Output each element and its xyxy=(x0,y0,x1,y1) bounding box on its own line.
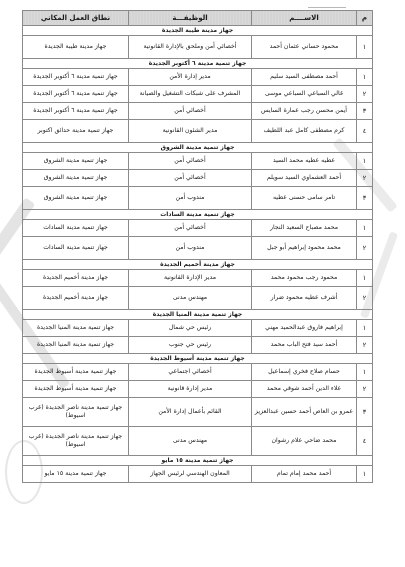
work-location: جهاز تنمية مدينة حدائق اكتوبر xyxy=(23,120,129,143)
section-title: جهاز مدينة طيبة الجديدة xyxy=(23,26,373,36)
row-number: ١ xyxy=(357,69,373,86)
row-number: ١ xyxy=(357,320,373,337)
job-title: مهندس مدنى xyxy=(129,287,252,310)
employee-name: حسام صلاح فخري إسماعيل xyxy=(252,364,357,381)
job-title: أخصائي أمن وملحق بالإدارة القانونية xyxy=(129,36,252,59)
employee-name: أحمد العشماوي السيد سويلم xyxy=(252,170,357,187)
section-title: جهاز تنمية مدينة الشروق xyxy=(23,143,373,153)
job-title: مندوب أمن xyxy=(129,187,252,210)
work-location: جهاز تنمية مدينة الشروق xyxy=(23,170,129,187)
employee-name: محمد ضاحي علام رشوان xyxy=(252,427,357,456)
table-row: ٤ محمد ضاحي علام رشوان مهندس مدنى جهاز ت… xyxy=(23,427,373,456)
table-row: ١ إبراهيم فاروق عبدالحميد مهني رئيس حي ش… xyxy=(23,320,373,337)
section-title: جهاز تنمية مدينة المنيا الجديدة xyxy=(23,310,373,320)
section-title: جهاز تنمية مدينة ٦ أكتوبر الجديدة xyxy=(23,59,373,69)
work-location: جهاز مدينة طيبة الجديدة xyxy=(23,36,129,59)
table-row: ١ محمود حساني عثمان أحمد أخصائي أمن وملح… xyxy=(23,36,373,59)
job-title: مدير إدارة الأمن xyxy=(129,69,252,86)
employee-name: أشرف عطيه محمود ضرار xyxy=(252,287,357,310)
work-location: جهاز تنمية مدينة السادات xyxy=(23,237,129,260)
table-row: ١ أحمد محمد إمام تمام المعاون الهندسي لر… xyxy=(23,466,373,483)
table-row: ١ أحمد مصطفى السيد سليم مدير إدارة الأمن… xyxy=(23,69,373,86)
employee-name: كرم مصطفى كامل عبد اللطيف xyxy=(252,120,357,143)
row-number: ٢ xyxy=(357,287,373,310)
job-title: أخصائي أمن xyxy=(129,220,252,237)
table-header-row: م الاســــم الوظيفـــة نطاق العمل المكان… xyxy=(23,11,373,26)
table-row: ٤ كرم مصطفى كامل عبد اللطيف مدير الشئون … xyxy=(23,120,373,143)
job-title: رئيس حي شمال xyxy=(129,320,252,337)
employee-name: محمود رجب محمود محمد xyxy=(252,270,357,287)
job-title: مندوب أمن xyxy=(129,237,252,260)
header-num: م xyxy=(357,11,373,26)
employee-name: محمد محمود إبراهيم أبو جبل xyxy=(252,237,357,260)
employee-name: علاء الدين أحمد شوقي محمد xyxy=(252,381,357,398)
work-location: جهاز تنمية مدينة ٦ أكتوبر الجديدة xyxy=(23,103,129,120)
table-row: ١ حسام صلاح فخري إسماعيل أخصائي اجتماعي … xyxy=(23,364,373,381)
row-number: ٣ xyxy=(357,103,373,120)
employee-table: م الاســــم الوظيفـــة نطاق العمل المكان… xyxy=(22,10,373,483)
job-title: المعاون الهندسي لرئيس الجهاز xyxy=(129,466,252,483)
job-title: مدير الإدارة القانونية xyxy=(129,270,252,287)
work-location: جهاز تنمية مدينة أسيوط الجديدة xyxy=(23,381,129,398)
employee-name: إبراهيم فاروق عبدالحميد مهني xyxy=(252,320,357,337)
row-number: ٢ xyxy=(357,337,373,354)
work-location: جهاز مدينة أخميم الجديدة xyxy=(23,270,129,287)
employee-name: محمد مصباح السعيد النجار xyxy=(252,220,357,237)
row-number: ٢ xyxy=(357,381,373,398)
section-header-row: جهاز مدينة طيبة الجديدة xyxy=(23,26,373,36)
section-header-row: جهاز تنمية مدينة ٦ أكتوبر الجديدة xyxy=(23,59,373,69)
work-location: جهاز تنمية مدينة ناصر الجديدة (غرب اسيوط… xyxy=(23,427,129,456)
row-number: ١ xyxy=(357,270,373,287)
job-title: مهندس مدنى xyxy=(129,427,252,456)
section-header-row: جهاز تنمية مدينة السادات xyxy=(23,210,373,220)
job-title: مدير إدارة قانونية xyxy=(129,381,252,398)
employee-name: غالي السباعي السباعي موسى xyxy=(252,86,357,103)
work-location: جهاز تنمية مدينة السادات xyxy=(23,220,129,237)
table-row: ١ عطيه عطيه محمد السيد أخصائي أمن جهاز ت… xyxy=(23,153,373,170)
header-job: الوظيفـــة xyxy=(129,11,252,26)
table-row: ٢ علاء الدين أحمد شوقي محمد مدير إدارة ق… xyxy=(23,381,373,398)
work-location: جهاز تنمية مدينة المنيا الجديدة xyxy=(23,337,129,354)
row-number: ١ xyxy=(357,466,373,483)
job-title: أخصائي اجتماعي xyxy=(129,364,252,381)
table-row: ٣ تامر سامى حسنى عطيه مندوب أمن جهاز تنم… xyxy=(23,187,373,210)
row-number: ١ xyxy=(357,220,373,237)
job-title: القائم بأعمال إدارة الأمن xyxy=(129,398,252,427)
work-location: جهاز مدينة أخميم الجديدة xyxy=(23,287,129,310)
section-header-row: جهاز تنمية مدينة المنيا الجديدة xyxy=(23,310,373,320)
section-header-row: جهاز مدينة أخميم الجديدة xyxy=(23,260,373,270)
row-number: ٣ xyxy=(357,398,373,427)
work-location: جهاز تنمية مدينة الشروق xyxy=(23,153,129,170)
job-title: رئيس حي جنوب xyxy=(129,337,252,354)
table-row: ٢ محمد محمود إبراهيم أبو جبل مندوب أمن ج… xyxy=(23,237,373,260)
job-title: أخصائي أمن xyxy=(129,103,252,120)
section-title: جهاز مدينة أخميم الجديدة xyxy=(23,260,373,270)
row-number: ٢ xyxy=(357,237,373,260)
table-row: ٢ أحمد العشماوي السيد سويلم أخصائي أمن ج… xyxy=(23,170,373,187)
employee-name: محمود حساني عثمان أحمد xyxy=(252,36,357,59)
employee-name: أحمد محمد إمام تمام xyxy=(252,466,357,483)
employee-name: أيمن محسن رجب عمارة السايس xyxy=(252,103,357,120)
employee-name: عمرو بن العاص أحمد حسين عبدالعزيز xyxy=(252,398,357,427)
work-location: جهاز تنمية مدينة المنيا الجديدة xyxy=(23,320,129,337)
employee-name: تامر سامى حسنى عطيه xyxy=(252,187,357,210)
header-name: الاســــم xyxy=(252,11,357,26)
section-header-row: جهاز تنمية مدينة أسيوط الجديدة xyxy=(23,354,373,364)
row-number: ١ xyxy=(357,364,373,381)
row-number: ٢ xyxy=(357,86,373,103)
section-header-row: جهاز تنمية مدينة ١٥ مايو xyxy=(23,456,373,466)
employee-name: أحمد مصطفى السيد سليم xyxy=(252,69,357,86)
section-title: جهاز تنمية مدينة أسيوط الجديدة xyxy=(23,354,373,364)
table-row: ٣ عمرو بن العاص أحمد حسين عبدالعزيز القا… xyxy=(23,398,373,427)
row-number: ٣ xyxy=(357,187,373,210)
work-location: جهاز تنمية مدينة ٦ أكتوبر الجديدة xyxy=(23,86,129,103)
section-title: جهاز تنمية مدينة السادات xyxy=(23,210,373,220)
employee-name: عطيه عطيه محمد السيد xyxy=(252,153,357,170)
work-location: جهاز تنمية مدينة ٦ أكتوبر الجديدة xyxy=(23,69,129,86)
employee-name: أحمد سيد فتح الباب محمد xyxy=(252,337,357,354)
row-number: ١ xyxy=(357,36,373,59)
row-number: ٤ xyxy=(357,120,373,143)
job-title: أخصائي أمن xyxy=(129,170,252,187)
work-location: جهاز تنمية مدينة ناصر الجديدة (غرب اسيوط… xyxy=(23,398,129,427)
table-row: ١ محمود رجب محمود محمد مدير الإدارة القا… xyxy=(23,270,373,287)
job-title: المشرف على شبكات التشغيل والصيانة xyxy=(129,86,252,103)
table-row: ٢ أحمد سيد فتح الباب محمد رئيس حي جنوب ج… xyxy=(23,337,373,354)
work-location: جهاز تنمية مدينة أسيوط الجديدة xyxy=(23,364,129,381)
job-title: أخصائي أمن xyxy=(129,153,252,170)
work-location: جهاز تنمية مدينة ١٥ مايو xyxy=(23,466,129,483)
work-location: جهاز تنمية مدينة الشروق xyxy=(23,187,129,210)
table-row: ٢ غالي السباعي السباعي موسى المشرف على ش… xyxy=(23,86,373,103)
row-number: ٤ xyxy=(357,427,373,456)
table-row: ٢ أشرف عطيه محمود ضرار مهندس مدنى جهاز م… xyxy=(23,287,373,310)
section-header-row: جهاز تنمية مدينة الشروق xyxy=(23,143,373,153)
section-title: جهاز تنمية مدينة ١٥ مايو xyxy=(23,456,373,466)
table-row: ٣ أيمن محسن رجب عمارة السايس أخصائي أمن … xyxy=(23,103,373,120)
row-number: ١ xyxy=(357,153,373,170)
job-title: مدير الشئون القانونية xyxy=(129,120,252,143)
header-location: نطاق العمل المكاني xyxy=(23,11,129,26)
row-number: ٢ xyxy=(357,170,373,187)
page-top-rule xyxy=(308,7,346,8)
table-row: ١ محمد مصباح السعيد النجار أخصائي أمن جه… xyxy=(23,220,373,237)
